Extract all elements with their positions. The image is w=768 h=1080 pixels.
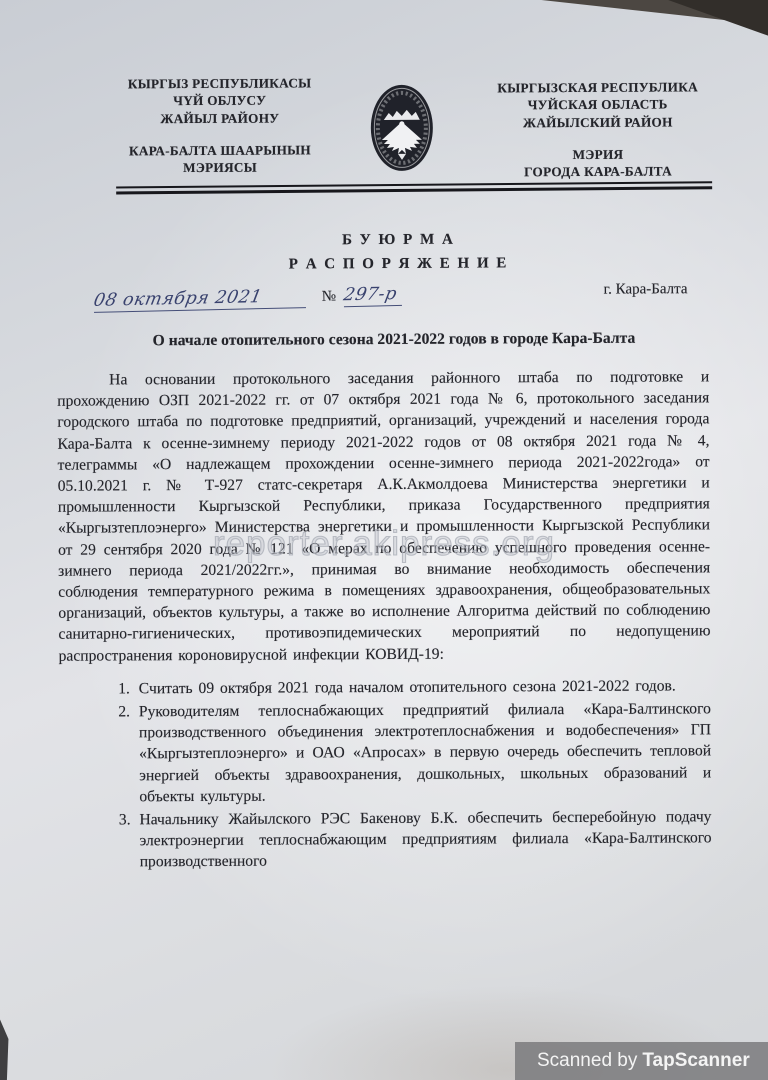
document-scan: КЫРГЫЗ РЕСПУБЛИКАСЫ ЧҮЙ ОБЛУСУ ЖАЙЫЛ РАЙ… <box>0 0 768 1080</box>
preamble-paragraph: На основании протокольного заседания рай… <box>57 366 711 666</box>
letterhead-ky-org-2: МЭРИЯСЫ <box>90 158 350 177</box>
list-item: Начальнику Жайылского РЭС Бакенову Б.К. … <box>136 806 711 873</box>
city-seal-emblem <box>368 82 436 174</box>
letterhead-ru-org-1: МЭРИЯ <box>468 145 728 164</box>
letterhead-ky-org-1: КАРА-БАЛТА ШААРЫНЫН <box>90 141 350 160</box>
number-sign-label: № <box>322 288 337 305</box>
handwritten-number: 297-р <box>344 284 402 307</box>
title-russian: Р А С П О Р Я Ж Е Н И Е <box>0 250 768 278</box>
document-body: На основании протокольного заседания рай… <box>57 366 712 875</box>
letterhead-ky-line-2: ЧҮЙ ОБЛУСУ <box>90 91 350 110</box>
date-number-row: 08 октября 2021 № 297-р г. Кара-Балта <box>94 277 712 313</box>
document-subject: О начале отопительного сезона 2021-2022 … <box>69 329 719 350</box>
handwritten-date: 08 октября 2021 <box>94 286 306 313</box>
letterhead-ru-line-3: ЖАЙЫЛСКИЙ РАЙОН <box>468 113 728 132</box>
letterhead-ky-line-3: ЖАЙЫЛ РАЙОНУ <box>90 109 350 128</box>
scanned-document-screenshot: { "header": { "left": { "lines": ["КЫРГЫ… <box>0 0 768 1080</box>
letterhead-ru-org-2: ГОРОДА КАРА-БАЛТА <box>468 162 728 181</box>
tapscanner-footer-bar: Scanned by TapScanner <box>515 1042 768 1080</box>
directive-items-list: Считать 09 октября 2021 года началом ото… <box>59 675 712 873</box>
document-type-titles: Б У Ю Р М А Р А С П О Р Я Ж Е Н И Е <box>0 226 768 278</box>
letterhead-ru-line-1: КЫРГЫЗСКАЯ РЕСПУБЛИКА <box>468 78 728 97</box>
letterhead-ky-line-1: КЫРГЫЗ РЕСПУБЛИКАСЫ <box>90 74 350 93</box>
list-item: Руководителям теплоснабжающих предприяти… <box>136 698 712 807</box>
letterhead-russian: КЫРГЫЗСКАЯ РЕСПУБЛИКА ЧУЙСКАЯ ОБЛАСТЬ ЖА… <box>468 78 729 181</box>
letterhead-ru-line-2: ЧУЙСКАЯ ОБЛАСТЬ <box>468 95 728 114</box>
issue-place: г. Кара-Балта <box>604 281 688 298</box>
letterhead-kyrgyz: КЫРГЫЗ РЕСПУБЛИКАСЫ ЧҮЙ ОБЛУСУ ЖАЙЫЛ РАЙ… <box>90 74 351 177</box>
list-item: Считать 09 октября 2021 года началом ото… <box>136 675 711 699</box>
letterhead-divider-rule <box>116 181 712 194</box>
scan-footer-brand: TapScanner <box>642 1050 749 1072</box>
scan-footer-text: Scanned by <box>537 1050 637 1072</box>
